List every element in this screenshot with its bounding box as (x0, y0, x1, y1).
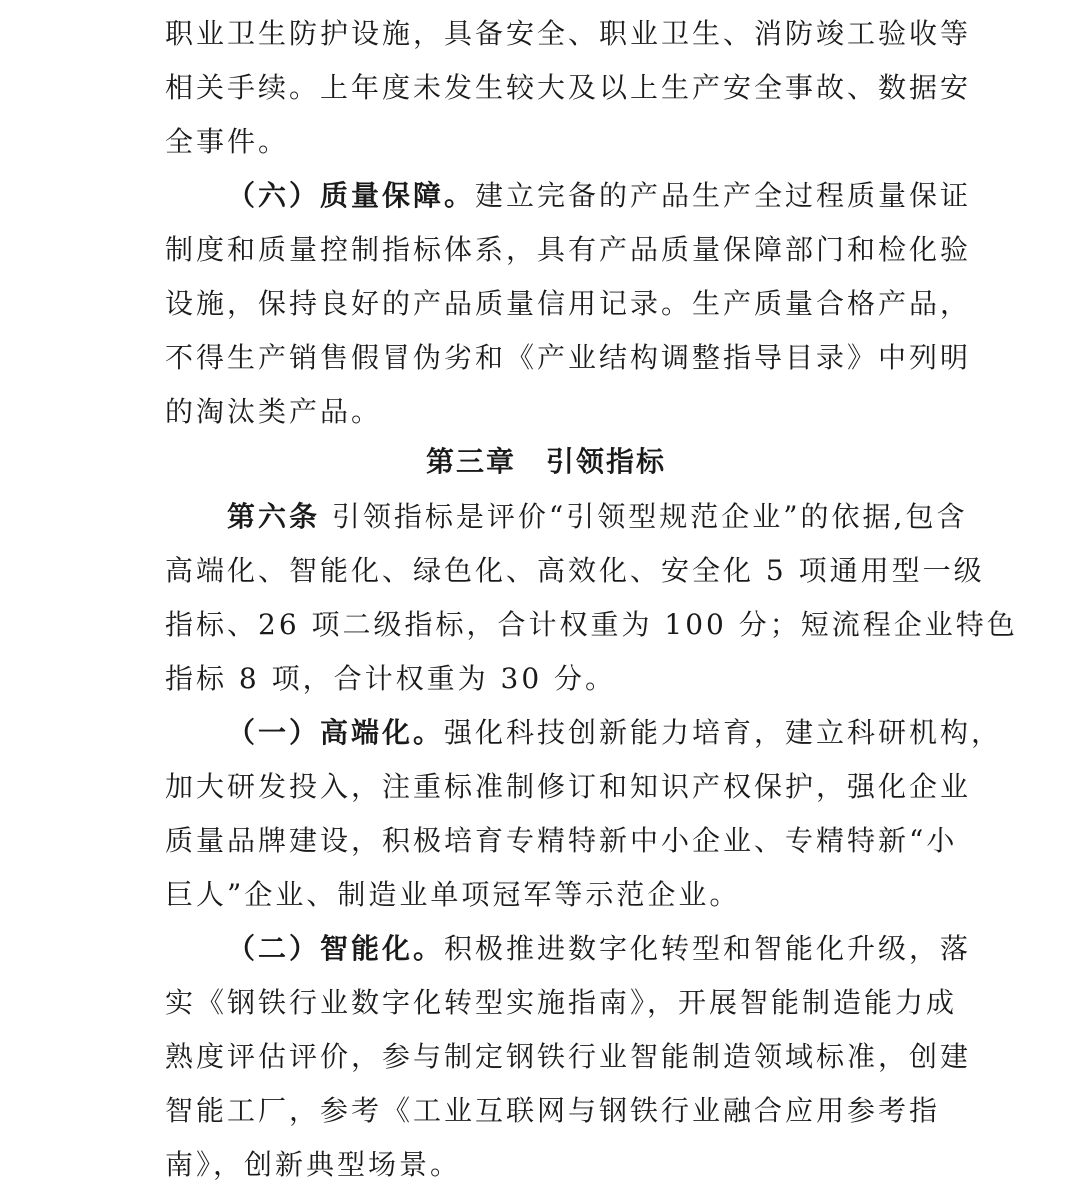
text-line: 智能工厂，参考《工业互联网与钢铁行业融合应用参考指 (165, 1091, 925, 1131)
text-run: 积极推进数字化转型和智能化升级，落 (444, 932, 971, 965)
text-line: 高端化、智能化、绿色化、高效化、安全化 5 项通用型一级 (165, 551, 925, 591)
text-line: 质量品牌建设，积极培育专精特新中小企业、专精特新“小 (165, 821, 925, 861)
text-line: 制度和质量控制指标体系，具有产品质量保障部门和检化验 (165, 230, 925, 270)
text-run: 引领指标是评价“引领型规范企业”的依据,包含 (320, 500, 967, 533)
paragraph-first-line: （六）质量保障。建立完备的产品生产全过程质量保证 (227, 176, 987, 216)
text-line: 全事件。 (165, 122, 925, 162)
text-line: 职业卫生防护设施，具备安全、职业卫生、消防竣工验收等 (165, 14, 925, 54)
text-line: 实《钢铁行业数字化转型实施指南》，开展智能制造能力成 (165, 983, 925, 1023)
paragraph-first-line: 第六条 引领指标是评价“引领型规范企业”的依据,包含 (227, 497, 987, 537)
text-line: 熟度评估评价，参与制定钢铁行业智能制造领域标准，创建 (165, 1037, 925, 1077)
article-label: 第六条 (227, 500, 320, 533)
paragraph-first-line: （一）高端化。强化科技创新能力培育，建立科研机构， (227, 713, 987, 753)
text-line: 加大研发投入，注重标准制修订和知识产权保护，强化企业 (165, 767, 925, 807)
section-label-quality: （六）质量保障。 (227, 179, 475, 212)
text-line: 不得生产销售假冒伪劣和《产业结构调整指导目录》中列明 (165, 338, 925, 378)
text-line: 相关手续。上年度未发生较大及以上生产安全事故、数据安 (165, 68, 925, 108)
document-page: 职业卫生防护设施，具备安全、职业卫生、消防竣工验收等 相关手续。上年度未发生较大… (0, 0, 1080, 1190)
text-run: 建立完备的产品生产全过程质量保证 (475, 179, 971, 212)
text-line: 设施，保持良好的产品质量信用记录。生产质量合格产品， (165, 284, 925, 324)
paragraph-first-line: （二）智能化。积极推进数字化转型和智能化升级，落 (227, 929, 987, 969)
text-run: 强化科技创新能力培育，建立科研机构， (444, 716, 1002, 749)
section-label-high-end: （一）高端化。 (227, 716, 444, 749)
text-line: 巨人”企业、制造业单项冠军等示范企业。 (165, 875, 925, 915)
section-label-intelligent: （二）智能化。 (227, 932, 444, 965)
text-line: 的淘汰类产品。 (165, 392, 925, 432)
text-line: 指标 8 项，合计权重为 30 分。 (165, 659, 925, 699)
chapter-heading: 第三章 引领指标 (0, 442, 1080, 482)
text-line: 指标、26 项二级指标，合计权重为 100 分；短流程企业特色 (165, 605, 925, 645)
text-line: 南》，创新典型场景。 (165, 1145, 925, 1185)
